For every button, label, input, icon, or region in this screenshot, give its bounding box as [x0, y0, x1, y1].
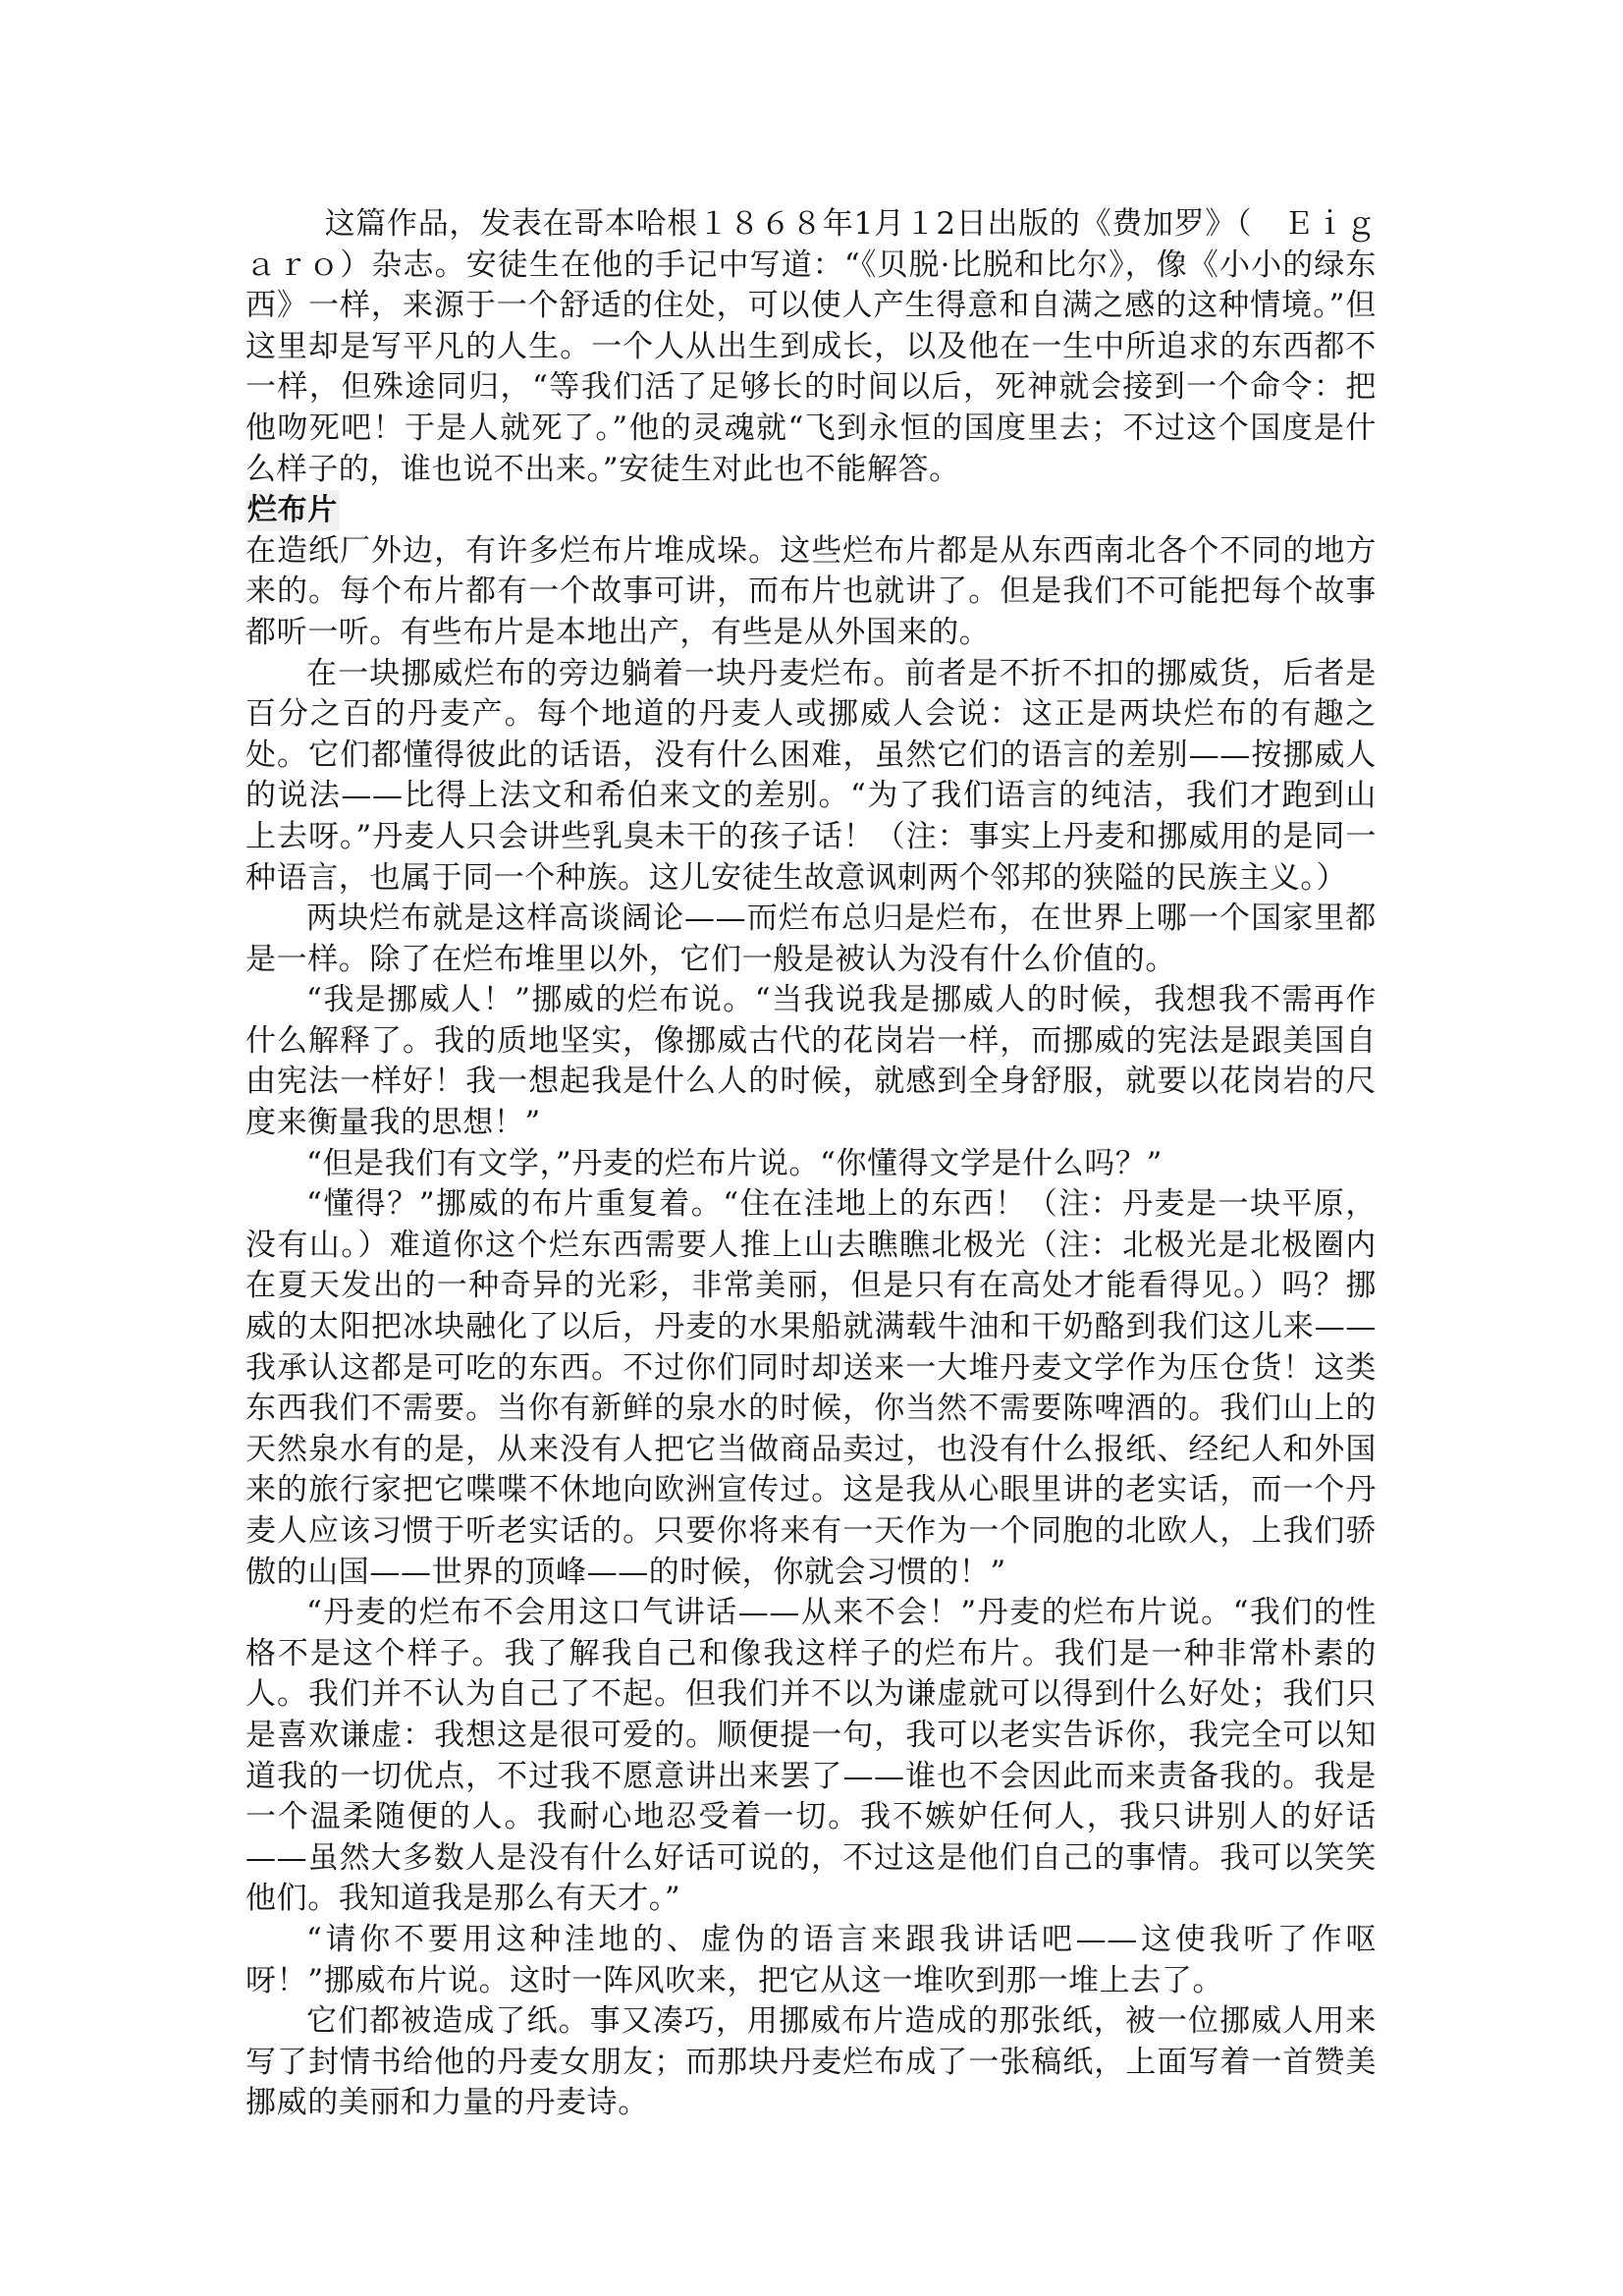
story-paragraph-9: 它们都被造成了纸。事又凑巧，用挪威布片造成的那张纸，被一位挪威人用来写了封情书给… — [245, 2001, 1377, 2124]
story-paragraph-3: 两块烂布就是这样高谈阔论——而烂布总归是烂布，在世界上哪一个国家里都是一样。除了… — [245, 899, 1377, 980]
story-paragraph-6: “懂得？”挪威的布片重复着。“住在洼地上的东西！（注：丹麦是一块平原，没有山。）… — [245, 1184, 1377, 1593]
story-paragraph-4: “我是挪威人！”挪威的烂布说。“当我说我是挪威人的时候，我想我不需再作什么解释了… — [245, 980, 1377, 1143]
story-title-row: 烂布片 — [245, 490, 1377, 531]
document-page: 这篇作品，发表在哥本哈根１８６８年1月１2日出版的《费加罗》（ Ｅｉｇａｒｏ）杂… — [245, 204, 1377, 2124]
story-paragraph-1: 在造纸厂外边，有许多烂布片堆成垛。这些烂布片都是从东西南北各个不同的地方来的。每… — [245, 531, 1377, 654]
intro-paragraph: 这篇作品，发表在哥本哈根１８６８年1月１2日出版的《费加罗》（ Ｅｉｇａｒｏ）杂… — [245, 204, 1377, 490]
story-paragraph-8: “请你不要用这种洼地的、虚伪的语言来跟我讲话吧——这使我听了作呕呀！”挪威布片说… — [245, 1920, 1377, 2001]
story-title: 烂布片 — [245, 490, 340, 531]
story-paragraph-7: “丹麦的烂布不会用这口气讲话——从来不会！”丹麦的烂布片说。“我们的性格不是这个… — [245, 1593, 1377, 1920]
story-paragraph-5: “但是我们有文学，”丹麦的烂布片说。“你懂得文学是什么吗？” — [245, 1144, 1377, 1185]
story-paragraph-2: 在一块挪威烂布的旁边躺着一块丹麦烂布。前者是不折不扣的挪威货，后者是百分之百的丹… — [245, 654, 1377, 900]
